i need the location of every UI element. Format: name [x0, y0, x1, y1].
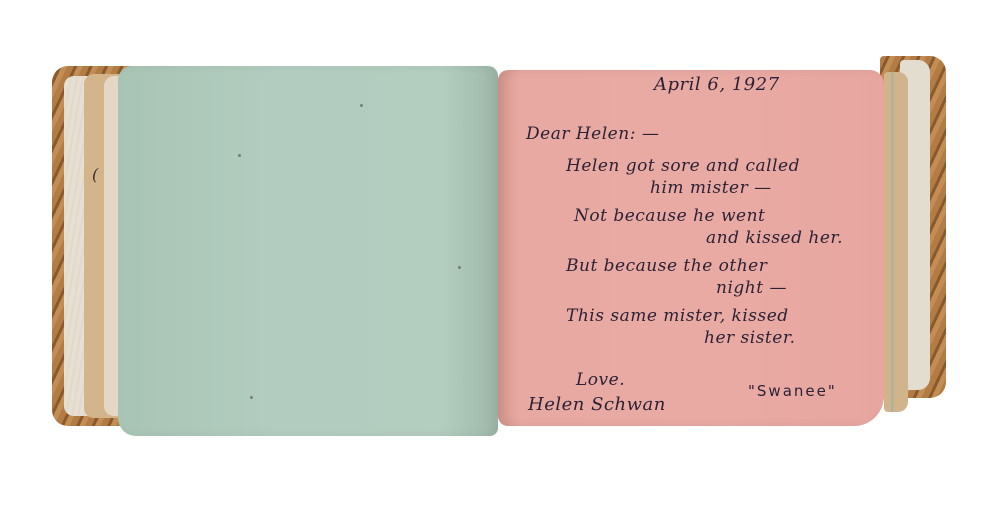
note-date: April 6, 1927 — [654, 74, 780, 95]
note-line: This same mister, kissed — [566, 306, 789, 326]
paper-speck — [238, 154, 241, 157]
note-line: Not because he went — [574, 206, 765, 226]
note-signature: Helen Schwan — [528, 394, 666, 415]
margin-mark: ( — [92, 165, 98, 184]
note-line: her sister. — [704, 328, 795, 348]
note-greeting: Dear Helen: — — [526, 124, 659, 144]
note-nickname: "Swanee" — [748, 382, 837, 400]
autograph-book-photo: ( April 6, 1927 Dear Helen: — Helen got … — [0, 0, 1000, 516]
note-line: But because the other — [566, 256, 767, 276]
note-closing: Love. — [576, 370, 625, 390]
note-line: night — — [716, 278, 787, 298]
paper-speck — [250, 396, 253, 399]
paper-speck — [458, 266, 461, 269]
note-line: him mister — — [650, 178, 772, 198]
left-page-blue — [118, 66, 498, 436]
right-page-edges — [884, 72, 908, 412]
note-line: and kissed her. — [706, 228, 843, 248]
right-page-pink: April 6, 1927 Dear Helen: — Helen got so… — [498, 70, 884, 426]
paper-speck — [360, 104, 363, 107]
note-line: Helen got sore and called — [566, 156, 800, 176]
